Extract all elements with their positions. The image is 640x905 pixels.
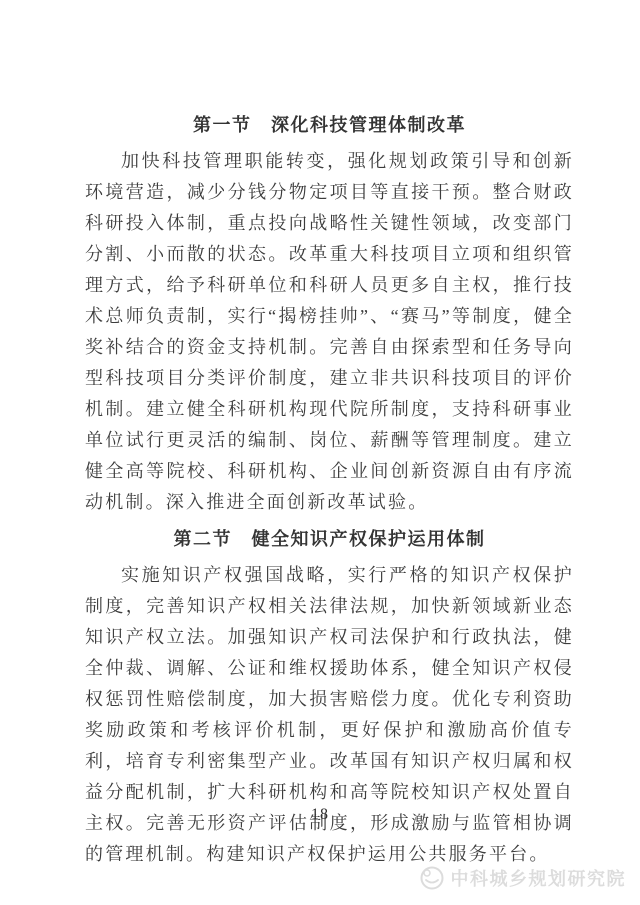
watermark: 中科城乡规划研究院 [419,865,627,891]
document-body: 第一节 深化科技管理体制改革 加快科技管理职能转变，强化规划政策引导和创新环境营… [85,112,574,878]
section-2-heading: 第二节 健全知识产权保护运用体制 [85,526,574,552]
page-number: 18 [0,806,640,824]
watermark-text: 中科城乡规划研究院 [451,865,627,891]
document-page: 第一节 深化科技管理体制改革 加快科技管理职能转变，强化规划政策引导和创新环境营… [0,0,640,905]
publisher-logo-icon [419,865,445,891]
section-1-paragraph: 加快科技管理职能转变，强化规划政策引导和创新环境营造，减少分钱分物定项目等直接干… [85,146,574,518]
section-1-heading: 第一节 深化科技管理体制改革 [85,112,574,138]
